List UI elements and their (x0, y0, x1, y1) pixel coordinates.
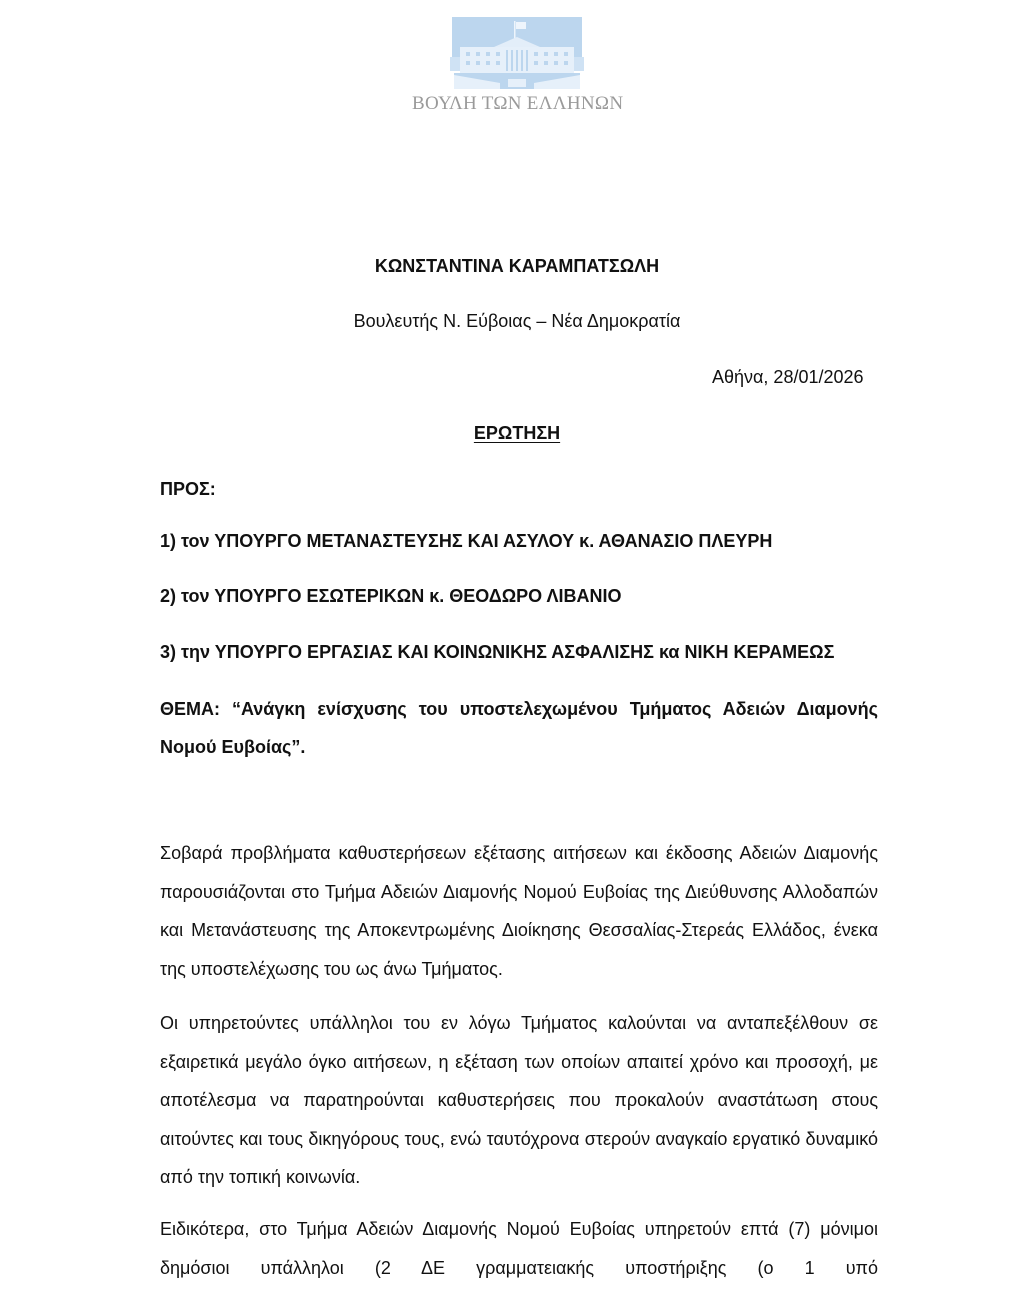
recipients-label: ΠΡΟΣ: (160, 477, 216, 501)
parliament-building-icon (450, 17, 584, 91)
parliament-logo: ΒΟΥΛΗ ΤΩΝ ΕΛΛΗΝΩΝ (412, 14, 622, 118)
parliament-logo-text: ΒΟΥΛΗ ΤΩΝ ΕΛΛΗΝΩΝ (412, 93, 622, 115)
document-type-heading: ΕΡΩΤΗΣΗ (0, 421, 1034, 445)
body-paragraph: Ειδικότερα, στο Τμήμα Αδειών Διαμονής Νο… (160, 1210, 878, 1287)
recipient-item: 3) την ΥΠΟΥΡΓΟ ΕΡΓΑΣΙΑΣ ΚΑΙ ΚΟΙΝΩΝΙΚΗΣ Α… (160, 640, 834, 664)
recipient-item: 1) τον ΥΠΟΥΡΓΟ ΜΕΤΑΝΑΣΤΕΥΣΗΣ ΚΑΙ ΑΣΥΛΟΥ … (160, 529, 772, 553)
author-name: ΚΩΝΣΤΑΝΤΙΝΑ ΚΑΡΑΜΠΑΤΣΩΛΗ (0, 254, 1034, 278)
author-title: Βουλευτής Ν. Εύβοιας – Νέα Δημοκρατία (0, 309, 1034, 333)
recipient-item: 2) τον ΥΠΟΥΡΓΟ ΕΣΩΤΕΡΙΚΩΝ κ. ΘΕΟΔΩΡΟ ΛΙΒ… (160, 584, 622, 608)
subject-line: ΘΕΜΑ: “Ανάγκη ενίσχυσης του υποστελεχωμέ… (160, 690, 878, 766)
body-paragraph: Οι υπηρετούντες υπάλληλοι του εν λόγω Τμ… (160, 1004, 878, 1197)
body-paragraph: Σοβαρά προβλήματα καθυστερήσεων εξέτασης… (160, 834, 878, 988)
date-line: Αθήνα, 28/01/2026 (712, 365, 864, 389)
